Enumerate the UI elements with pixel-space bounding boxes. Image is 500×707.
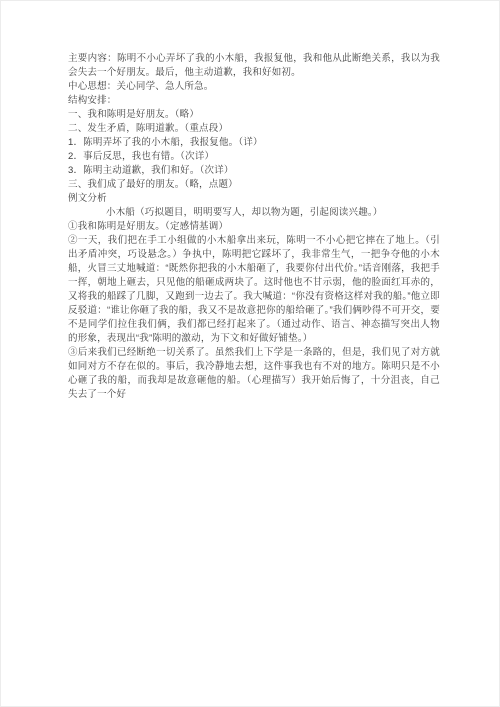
outline-item-2-1: 1．陈明弄坏了我的小木船，我报复他。（详） — [68, 136, 440, 150]
outline-item-2-2: 2．事后反思，我也有错。（次详） — [68, 150, 440, 164]
document-page: 主要内容：陈明不小心弄坏了我的小木船，我报复他，我和他从此断绝关系，我以为我会失… — [0, 0, 500, 707]
outline-item-2: 二、发生矛盾，陈明道歉。（重点段） — [68, 122, 440, 136]
structure-heading: 结构安排： — [68, 94, 440, 108]
essay-paragraph-1: ①我和陈明是好朋友。（定感情基调） — [68, 220, 440, 234]
essay-paragraph-3: ③后来我们已经断绝一切关系了。虽然我们上下学是一条路的，但是，我们见了对方就如同… — [68, 346, 440, 402]
outline-item-2-3: 3．陈明主动道歉，我们和好。（次详） — [68, 164, 440, 178]
essay-title-line: 小木船（巧拟题目，明明要写人，却以物为题，引起阅读兴趣。） — [68, 206, 440, 220]
outline-item-3: 三、我们成了最好的朋友。（略，点题） — [68, 178, 440, 192]
essay-paragraph-2: ②一天，我们把在手工小组做的小木船拿出来玩，陈明一不小心把它摔在了地上。（引出矛… — [68, 234, 440, 346]
outline-item-1: 一、我和陈明是好朋友。（略） — [68, 108, 440, 122]
analysis-heading: 例文分析 — [68, 192, 440, 206]
summary-paragraph: 主要内容：陈明不小心弄坏了我的小木船，我报复他，我和他从此断绝关系，我以为我会失… — [68, 52, 440, 80]
theme-line: 中心思想：关心同学、急人所急。 — [68, 80, 440, 94]
document-text-block: 主要内容：陈明不小心弄坏了我的小木船，我报复他，我和他从此断绝关系，我以为我会失… — [68, 52, 440, 402]
